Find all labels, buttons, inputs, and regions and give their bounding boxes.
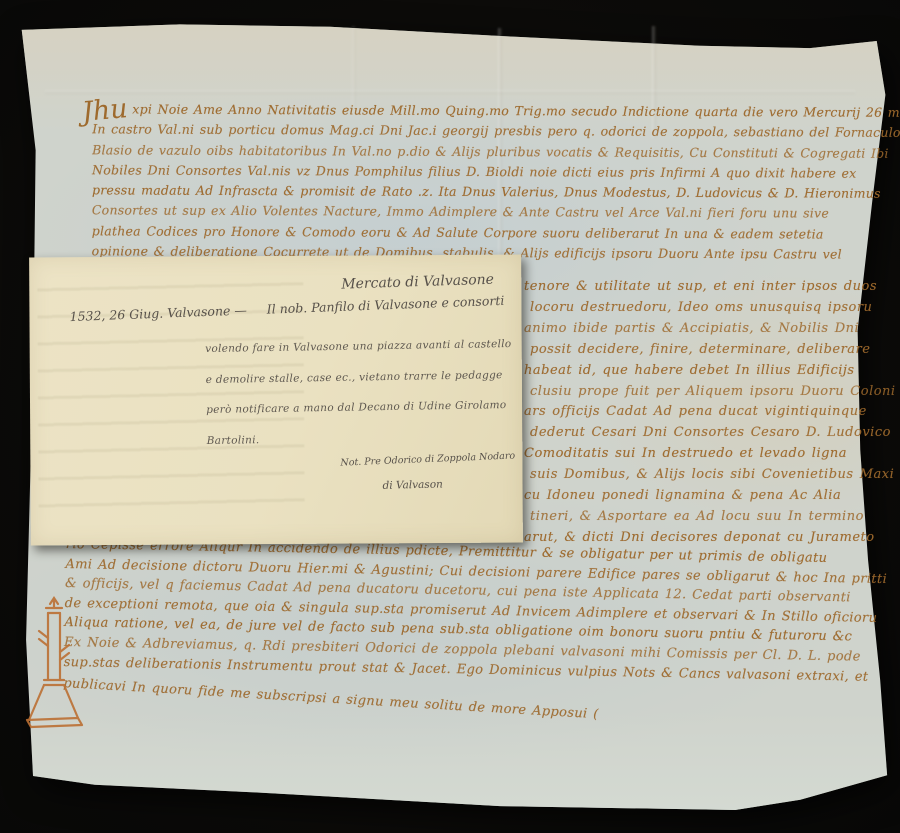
manuscript-line-fragment: Comoditatis sui In destruedo et levado l…: [524, 444, 872, 465]
note-signature-line2: di Valvason: [382, 478, 443, 491]
manuscript-line-fragment: locoru destruedoru, Ideo oms unusquisq i…: [530, 298, 872, 319]
note-body-line: però notificare a mano dal Decano di Udi…: [206, 390, 513, 426]
manuscript-line-fragment: animo ibide partis & Accipiatis, & Nobil…: [524, 319, 872, 340]
manuscript-line-fragment: dederut Cesari Dni Consortes Cesaro D. L…: [530, 423, 872, 444]
notary-signum-icon: [22, 594, 90, 742]
fold-crease: [352, 26, 356, 106]
note-body-line: Bartolini.: [206, 420, 513, 456]
archivist-note-slip: Mercato di Valvasone 1532, 26 Giug. Valv…: [29, 254, 523, 545]
manuscript-line-fragment: suis Domibus, & Alijs locis sibi Covenie…: [530, 465, 872, 486]
manuscript-line-fragment: tineri, & Asportare ea Ad locu suu In te…: [530, 507, 872, 528]
manuscript-line-fragment: habeat id, que habere debet In illius Ed…: [524, 361, 872, 382]
manuscript-line-fragment: tenore & utilitate ut sup, et eni inter …: [524, 277, 872, 298]
note-body: volendo fare in Valvasone una piazza ava…: [205, 329, 513, 456]
manuscript-line-fragment: possit decidere, finire, determinare, de…: [530, 340, 872, 361]
manuscript-line-fragment: ars officijs Cadat Ad pena ducat viginti…: [524, 402, 872, 423]
fold-crease: [45, 90, 855, 94]
note-heading: Mercato di Valvasone: [341, 272, 494, 293]
manuscript-right-fragments: tenore & utilitate ut sup, et eni inter …: [524, 277, 872, 549]
manuscript-bottom-block: rio Cepisse errore Aliqur In accidendo d…: [63, 535, 872, 708]
manuscript-top-block: xpi Noie Ame Anno Nativitatis eiusde Mil…: [92, 99, 873, 265]
manuscript-line-fragment: clusiu prope fuit per Aliquem ipsoru Duo…: [530, 382, 872, 403]
note-body-line: e demolire stalle, case ec., vietano tra…: [205, 359, 512, 395]
note-body-line: volendo fare in Valvasone una piazza ava…: [205, 329, 512, 365]
manuscript-line-fragment: cu Idoneu ponedi lignamina & pena Ac Ali…: [524, 486, 872, 507]
photo-of-manuscript: Jhu xpi Noie Ame Anno Nativitatis eiusde…: [0, 0, 900, 833]
